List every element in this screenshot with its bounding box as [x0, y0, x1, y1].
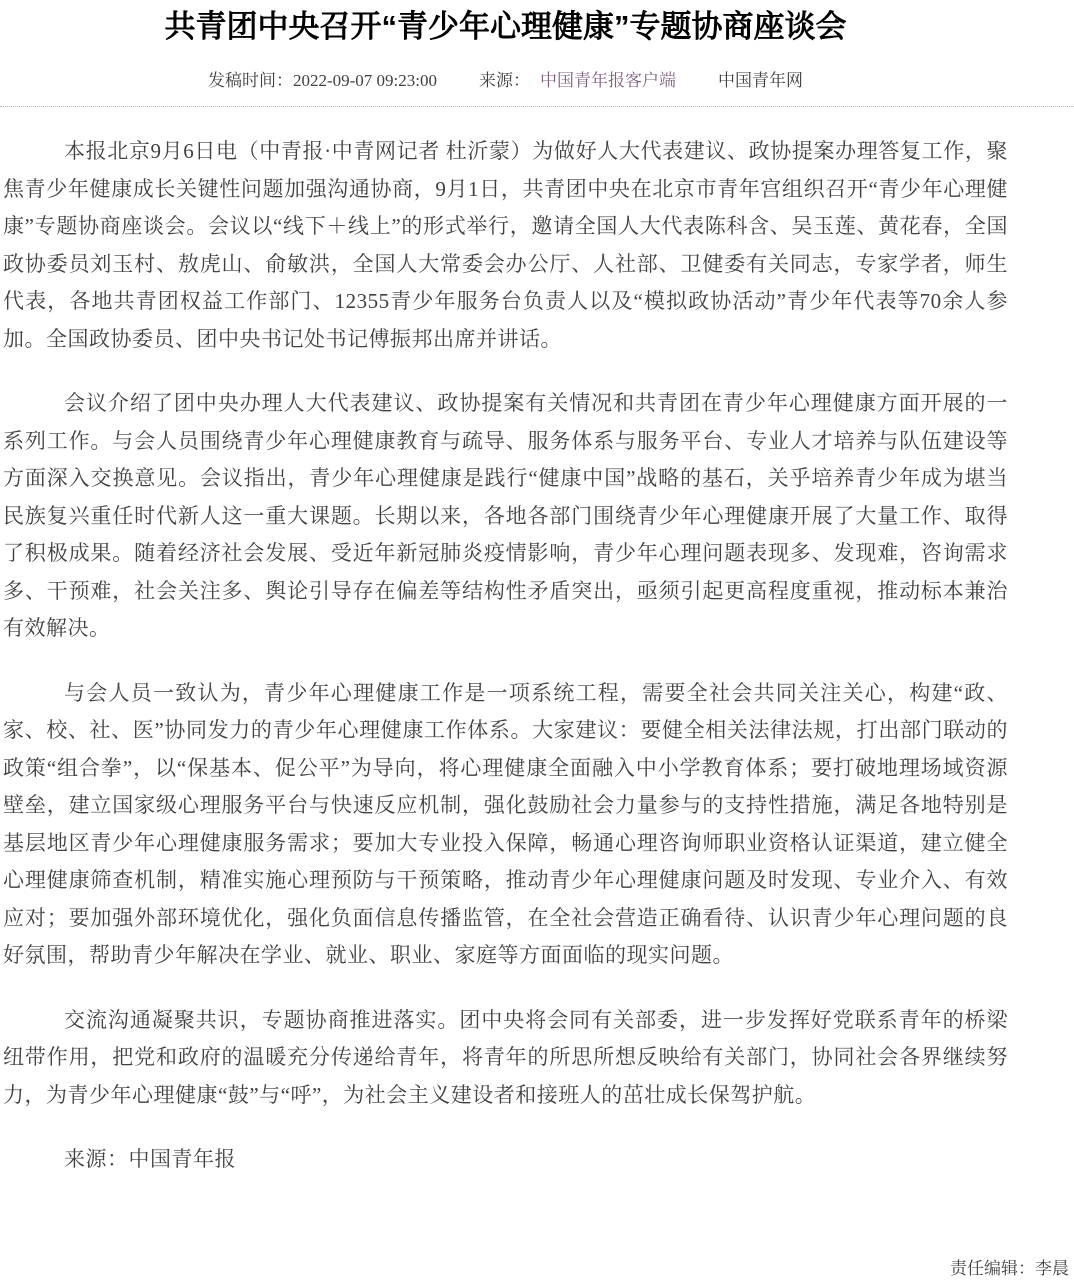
source-client-link[interactable]: 中国青年报客户端	[540, 71, 676, 90]
article-paragraph: 与会人员一致认为，青少年心理健康工作是一项系统工程，需要全社会共同关注关心，构建…	[3, 675, 1008, 975]
publish-time-value: 2022-09-07 09:23:00	[293, 71, 437, 90]
site-name-link[interactable]: 中国青年网	[718, 71, 803, 90]
article-body: 本报北京9月6日电（中青报·中青网记者 杜沂蒙）为做好人大代表建议、政协提案办理…	[3, 133, 1008, 1179]
dotted-divider	[0, 106, 1074, 107]
article-paragraph: 本报北京9月6日电（中青报·中青网记者 杜沂蒙）为做好人大代表建议、政协提案办理…	[3, 133, 1008, 358]
article-paragraph: 交流沟通凝聚共识，专题协商推进落实。团中央将会同有关部委，进一步发挥好党联系青年…	[3, 1002, 1008, 1115]
article-source-line: 来源：中国青年报	[3, 1141, 1008, 1179]
article-page: { "article": { "title": "共青团中央召开“青少年心理健康…	[0, 0, 1074, 1287]
publish-time-label: 发稿时间：	[208, 71, 293, 90]
article-title: 共青团中央召开“青少年心理健康”专题协商座谈会	[3, 6, 1008, 48]
editor-credit: 责任编辑：李晨	[950, 1258, 1069, 1280]
article-container: 共青团中央召开“青少年心理健康”专题协商座谈会 发稿时间：2022-09-07 …	[0, 6, 1008, 1179]
source-label: 来源：	[479, 71, 530, 90]
article-meta: 发稿时间：2022-09-07 09:23:00来源：中国青年报客户端中国青年网	[3, 69, 1008, 93]
article-paragraph: 会议介绍了团中央办理人大代表建议、政协提案有关情况和共青团在青少年心理健康方面开…	[3, 385, 1008, 648]
